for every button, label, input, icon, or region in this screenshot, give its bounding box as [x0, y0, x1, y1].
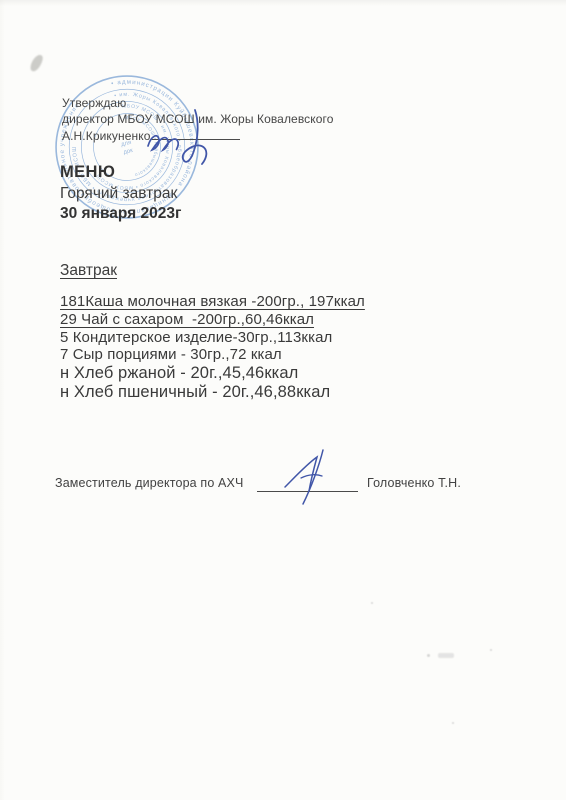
scanned-menu-document: • администрации Куйбышевского района • м…	[0, 0, 566, 800]
stamp-center-text: док	[123, 147, 134, 156]
scan-speck	[427, 654, 430, 657]
scan-speck	[371, 602, 373, 604]
document-title: МЕНЮ	[60, 163, 115, 182]
section-heading: Завтрак	[60, 262, 117, 280]
footer-label: Заместитель директора по АХЧ	[55, 476, 244, 490]
signature-stroke	[183, 110, 207, 164]
director-signature	[138, 104, 238, 172]
footer-signer-name: Головченко Т.Н.	[367, 476, 461, 490]
menu-item: 5 Кондитерское изделие-30гр.,113ккал	[60, 329, 520, 347]
menu-item: 181Каша молочная вязкая -200гр., 197ккал	[60, 293, 520, 311]
scan-speck	[490, 649, 492, 651]
menu-item: н Хлеб пшеничный - 20г.,46,88ккал	[60, 383, 520, 402]
menu-list: 181Каша молочная вязкая -200гр., 197ккал…	[60, 293, 520, 403]
signature-stroke	[303, 450, 323, 504]
document-date: 30 января 2023г	[60, 205, 181, 223]
menu-item: 29 Чай с сахаром -200гр.,60,46ккал	[60, 311, 520, 329]
signature-loops	[148, 136, 178, 150]
scan-faint-mark	[438, 653, 454, 658]
menu-item: 7 Сыр порциями - 30гр.,72 ккал	[60, 346, 520, 364]
menu-item: н Хлеб ржаной - 20г.,45,46ккал	[60, 364, 520, 383]
deputy-signature	[279, 447, 345, 507]
scan-smudge	[29, 53, 45, 73]
document-subtitle: Горячий завтрак	[60, 185, 177, 203]
scan-speck	[452, 722, 454, 724]
